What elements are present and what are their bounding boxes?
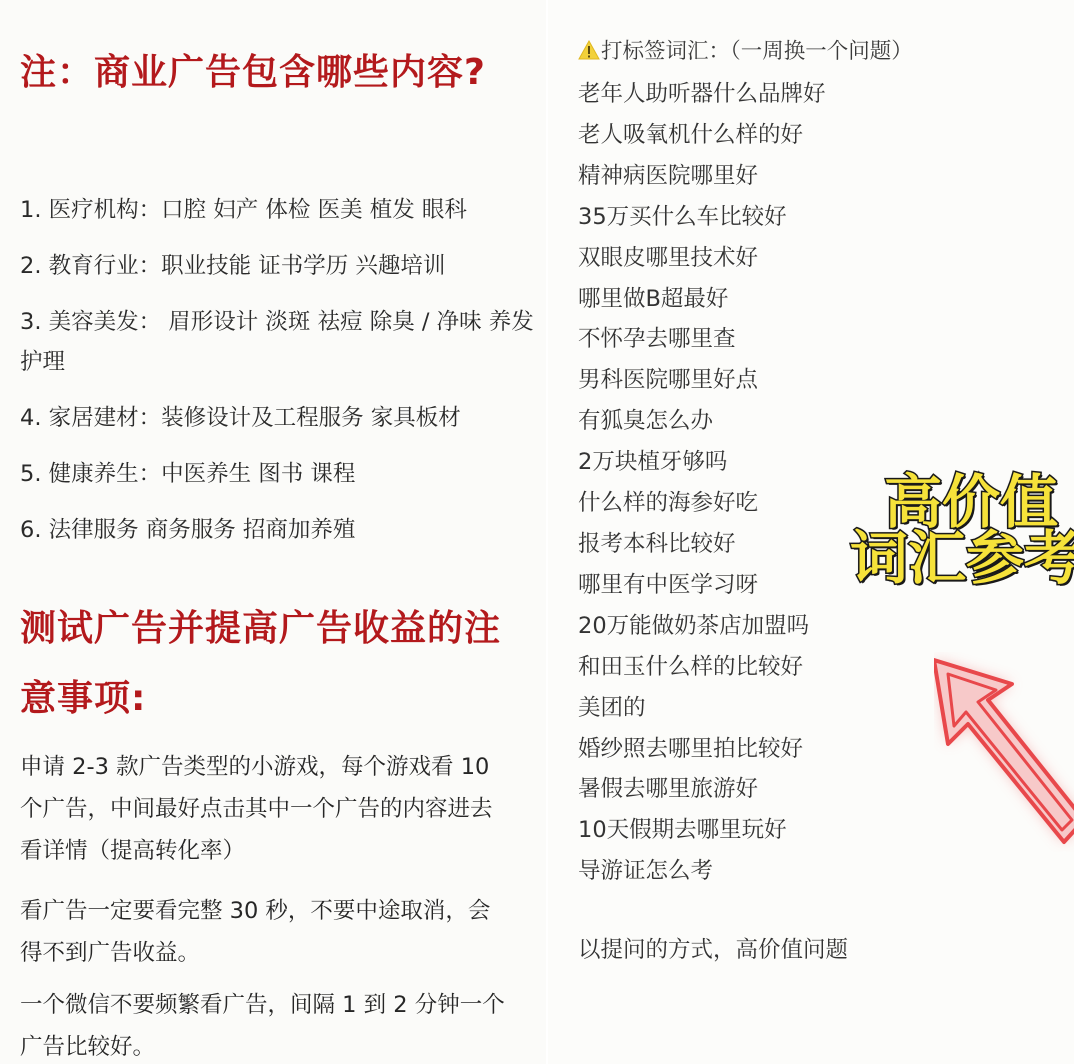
tip-paragraph: 看广告一定要看完整 30 秒，不要中途取消，会得不到广告收益。 <box>20 890 510 974</box>
list-item: 6. 法律服务 商务服务 招商加养殖 <box>20 510 535 550</box>
ad-category-list: 1. 医疗机构：口腔 妇产 体检 医美 植发 眼科 2. 教育行业：职业技能 证… <box>20 190 535 566</box>
neon-arrow-up-left-icon <box>934 652 1074 852</box>
keyword-item: 导游证怎么考 <box>578 851 826 892</box>
list-item: 3. 美容美发： 眉形设计 淡斑 祛痘 除臭 / 净味 养发护理 <box>20 302 535 382</box>
keyword-item: 35万买什么车比较好 <box>578 197 826 238</box>
keyword-item: 和田玉什么样的比较好 <box>578 647 826 688</box>
keyword-item: 哪里有中医学习呀 <box>578 565 826 606</box>
keyword-item: 2万块植牙够吗 <box>578 442 826 483</box>
sticker-line-1: 高价值 <box>850 474 1074 530</box>
keyword-item: 暑假去哪里旅游好 <box>578 769 826 810</box>
footer-note: 以提问的方式，高价值问题 <box>578 930 848 970</box>
keyword-item: 哪里做B超最好 <box>578 279 826 320</box>
edge-strip <box>1074 0 1080 1064</box>
list-item: 4. 家居建材：装修设计及工程服务 家具板材 <box>20 398 535 438</box>
warning-icon <box>578 40 600 60</box>
keyword-header: 打标签词汇：（一周换一个问题） <box>578 32 913 72</box>
keyword-list: 老年人助听器什么品牌好 老人吸氧机什么样的好 精神病医院哪里好 35万买什么车比… <box>578 74 826 892</box>
keyword-item: 美团的 <box>578 688 826 729</box>
tip-paragraph: 申请 2-3 款广告类型的小游戏，每个游戏看 10 个广告，中间最好点击其中一个… <box>20 746 510 872</box>
keyword-item: 双眼皮哪里技术好 <box>578 238 826 279</box>
left-panel: 注：商业广告包含哪些内容? 1. 医疗机构：口腔 妇产 体检 医美 植发 眼科 … <box>0 0 546 1064</box>
right-panel: 打标签词汇：（一周换一个问题） 老年人助听器什么品牌好 老人吸氧机什么样的好 精… <box>548 0 1074 1064</box>
keyword-item: 有狐臭怎么办 <box>578 401 826 442</box>
section-title-tips: 测试广告并提高广告收益的注意事项: <box>20 594 520 734</box>
list-item: 2. 教育行业：职业技能 证书学历 兴趣培训 <box>20 246 535 286</box>
keyword-header-text: 打标签词汇：（一周换一个问题） <box>601 39 913 64</box>
keyword-item: 老年人助听器什么品牌好 <box>578 74 826 115</box>
section-title-ad-content: 注：商业广告包含哪些内容? <box>20 38 520 108</box>
keyword-item: 老人吸氧机什么样的好 <box>578 115 826 156</box>
keyword-item: 婚纱照去哪里拍比较好 <box>578 729 826 770</box>
keyword-item: 不怀孕去哪里查 <box>578 319 826 360</box>
list-item: 5. 健康养生：中医养生 图书 课程 <box>20 454 535 494</box>
keyword-item: 10天假期去哪里玩好 <box>578 810 826 851</box>
high-value-sticker: 高价值 词汇参考 <box>850 474 1074 586</box>
keyword-item: 报考本科比较好 <box>578 524 826 565</box>
keyword-item: 精神病医院哪里好 <box>578 156 826 197</box>
sticker-line-2: 词汇参考 <box>850 530 1074 586</box>
keyword-item: 什么样的海参好吃 <box>578 483 826 524</box>
tip-paragraph: 一个微信不要频繁看广告，间隔 1 到 2 分钟一个广告比较好。 <box>20 984 510 1064</box>
keyword-item: 20万能做奶茶店加盟吗 <box>578 606 826 647</box>
list-item: 1. 医疗机构：口腔 妇产 体检 医美 植发 眼科 <box>20 190 535 230</box>
keyword-item: 男科医院哪里好点 <box>578 360 826 401</box>
